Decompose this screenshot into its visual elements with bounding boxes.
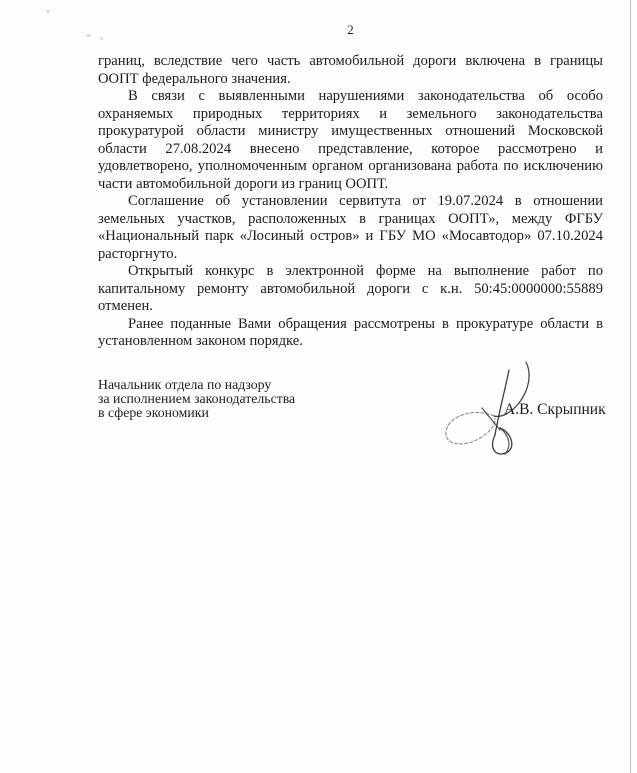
letter-body: границ, вследствие чего часть автомобиль… [98, 53, 603, 351]
signatory-name: А.В. Скрыпник [504, 401, 606, 419]
body-paragraph: Открытый конкурс в электронной форме на … [98, 263, 603, 316]
scan-noise-speck [100, 37, 103, 40]
body-paragraph-continuation: границ, вследствие чего часть автомобиль… [98, 53, 603, 88]
signatory-position-line: за исполнением законодательства [98, 392, 398, 406]
signatory-position-line: Начальник отдела по надзору [98, 378, 398, 392]
page-number: 2 [98, 22, 603, 38]
signature-position-block: Начальник отдела по надзору за исполнени… [98, 378, 398, 420]
scan-edge-line [630, 0, 631, 773]
signatory-position-line: в сфере экономики [98, 406, 398, 420]
body-paragraph: В связи с выявленными нарушениями законо… [98, 88, 603, 193]
scan-noise-speck [86, 34, 91, 37]
document-page: 2 границ, вследствие чего часть автомоби… [0, 0, 637, 773]
body-paragraph: Соглашение об установлении сервитута от … [98, 193, 603, 263]
body-paragraph: Ранее поданные Вами обращения рассмотрен… [98, 316, 603, 351]
scan-noise-speck [46, 10, 50, 13]
